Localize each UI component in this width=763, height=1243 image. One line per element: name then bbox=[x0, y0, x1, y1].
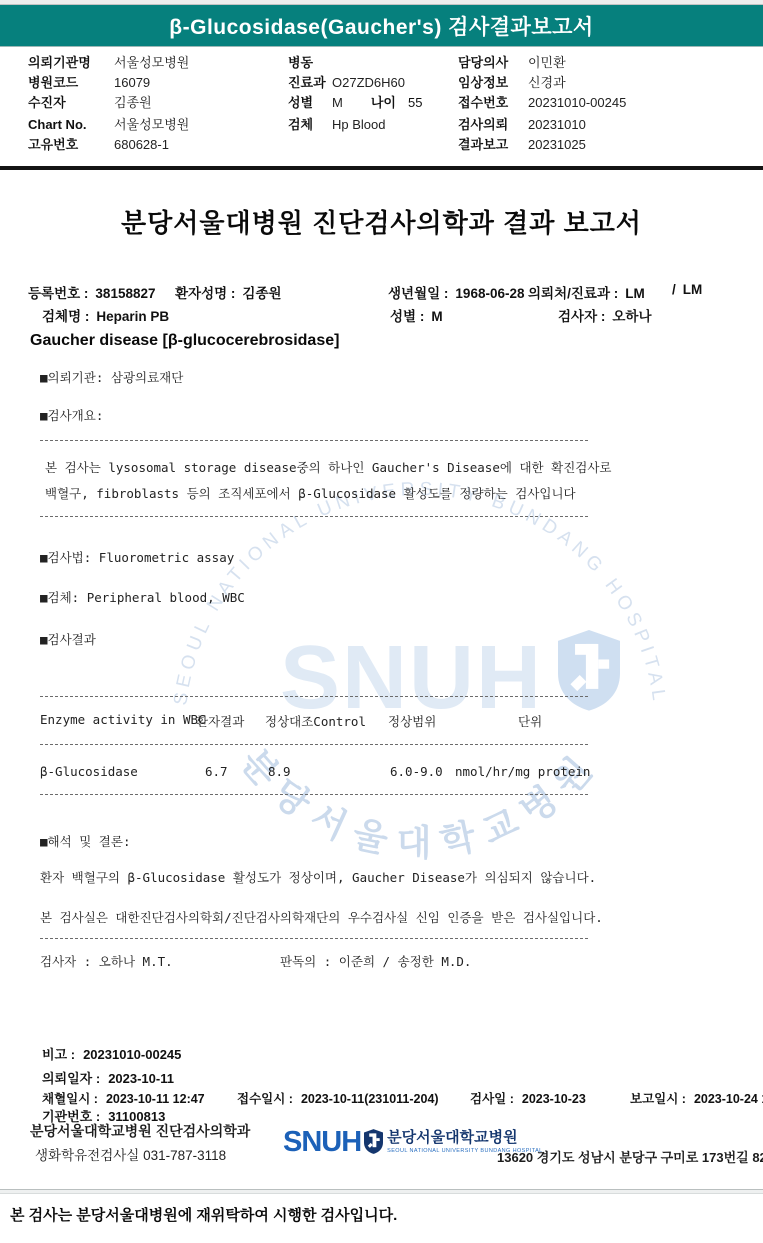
bottom-divider bbox=[0, 1189, 763, 1194]
header-column-left: 의뢰기관명서울성모병원 병원코드16079 수진자김종원 Chart No.서울… bbox=[28, 53, 189, 155]
divider-dashed bbox=[40, 938, 588, 939]
field-value: 20231010 bbox=[528, 117, 586, 132]
field-label: 의뢰일자 : bbox=[42, 1071, 100, 1086]
interpretation-heading: ■해석 및 결론: bbox=[40, 832, 130, 850]
watermark-shield-icon bbox=[558, 630, 620, 711]
field-label: 수진자 bbox=[28, 93, 114, 113]
field-label: 결과보고 bbox=[458, 135, 528, 155]
field-value: Heparin PB bbox=[96, 309, 169, 324]
field-value: M bbox=[332, 95, 343, 110]
header-field: 의뢰기관명서울성모병원 bbox=[28, 53, 189, 73]
age-value: 55 bbox=[408, 95, 422, 110]
snuh-logo-text: SNUH bbox=[283, 1127, 361, 1157]
field-label: 검사일 : bbox=[470, 1092, 514, 1106]
patient-specimen: 검체명 :Heparin PB bbox=[42, 305, 169, 325]
age-label: 나이 bbox=[371, 95, 396, 110]
header-field: 임상정보신경과 bbox=[458, 73, 626, 93]
header-column-right: 담당의사이민환 임상정보신경과 접수번호20231010-00245 검사의뢰2… bbox=[458, 53, 626, 155]
field-label: 비고 : bbox=[42, 1047, 75, 1062]
field-value: 오하나 bbox=[612, 309, 651, 324]
field-label: 의뢰처/진료과 : bbox=[528, 286, 618, 301]
field-value: 1968-06-28 bbox=[455, 286, 524, 301]
table-header-patient-result: 환자결과 bbox=[196, 712, 244, 730]
method-line: ■검사법: Fluorometric assay bbox=[40, 548, 234, 566]
patient-reg-no: 등록번호 :38158827 bbox=[28, 282, 156, 302]
table-cell-test: β-Glucosidase bbox=[40, 764, 138, 779]
field-value: 20231010-00245 bbox=[528, 95, 626, 110]
report-title: 분당서울대병원 진단검사의학과 결과 보고서 bbox=[0, 203, 763, 240]
test-name: Gaucher disease [β-glucocerebrosidase] bbox=[30, 332, 339, 350]
header-field: 결과보고20231025 bbox=[458, 135, 626, 155]
field-label: 보고일시 : bbox=[630, 1092, 686, 1106]
table-cell-range: 6.0-9.0 bbox=[390, 764, 443, 779]
meta-remark: 비고 :20231010-00245 bbox=[42, 1044, 181, 1063]
overview-heading: ■검사개요: bbox=[40, 406, 103, 424]
header-field: 병동 bbox=[288, 53, 422, 73]
field-label: 진료과 bbox=[288, 73, 332, 93]
meta-receipt-time: 접수일시 :2023-10-11(231011-204) bbox=[237, 1089, 439, 1107]
watermark-arc-top-text: SEOUL NATIONAL UNIVERSITY BUNDANG HOSPIT… bbox=[170, 479, 669, 707]
patient-department-2: /LM bbox=[672, 282, 702, 297]
field-value: 20231025 bbox=[528, 137, 586, 152]
field-value: M bbox=[431, 309, 442, 324]
header-field: 담당의사이민환 bbox=[458, 53, 626, 73]
patient-examiner: 검사자 :오하나 bbox=[558, 305, 652, 325]
field-value: O27ZD6H60 bbox=[332, 75, 405, 90]
field-label: 성별 bbox=[288, 93, 332, 113]
header-column-middle: 병동 진료과O27ZD6H60 성별M나이55 검체Hp Blood bbox=[288, 53, 422, 135]
lab-report-page: SEOUL NATIONAL UNIVERSITY BUNDANG HOSPIT… bbox=[0, 0, 763, 1243]
meta-test-date: 검사일 :2023-10-23 bbox=[470, 1089, 586, 1107]
header-field: Chart No.서울성모병원 bbox=[28, 115, 189, 135]
field-label: 성별 : bbox=[390, 309, 424, 324]
field-value: 서울성모병원 bbox=[114, 117, 189, 132]
field-value: LM bbox=[683, 282, 703, 297]
field-value: 김종원 bbox=[114, 95, 152, 110]
section-divider bbox=[0, 166, 763, 170]
patient-department: 의뢰처/진료과 :LM bbox=[528, 282, 645, 302]
field-label: 의뢰기관명 bbox=[28, 53, 114, 73]
interpretation-line: 환자 백혈구의 β-Glucosidase 활성도가 정상이며, Gaucher… bbox=[40, 868, 596, 886]
field-value: 2023-10-11(231011-204) bbox=[301, 1092, 439, 1106]
title-bar: β-Glucosidase(Gaucher's) 검사결과보고서 bbox=[0, 5, 763, 47]
referral-line: ■의뢰기관: 삼광의료재단 bbox=[40, 368, 183, 386]
result-heading: ■검사결과 bbox=[40, 630, 96, 648]
field-label: 검체명 : bbox=[42, 309, 89, 324]
field-value: 680628-1 bbox=[114, 137, 169, 152]
field-label: 검사자 : bbox=[558, 309, 605, 324]
field-value: 2023-10-24 10:07 bbox=[694, 1092, 763, 1106]
field-value: 2023-10-23 bbox=[522, 1092, 586, 1106]
header-field: 진료과O27ZD6H60 bbox=[288, 73, 422, 93]
field-label: 임상정보 bbox=[458, 73, 528, 93]
field-value: 김종원 bbox=[242, 286, 281, 301]
field-value: 2023-10-11 bbox=[108, 1071, 174, 1086]
field-value: LM bbox=[625, 286, 645, 301]
table-cell-control: 8.9 bbox=[268, 764, 291, 779]
header-field: 수진자김종원 bbox=[28, 93, 189, 113]
table-header-unit: 단위 bbox=[518, 712, 542, 730]
field-label: 접수번호 bbox=[458, 93, 528, 113]
accreditation-line: 본 검사실은 대한진단검사의학회/진단검사의학재단의 우수검사실 신임 인증을 … bbox=[40, 908, 603, 926]
reader-line: 판독의 : 이준희 / 송정한 M.D. bbox=[280, 952, 471, 970]
field-label: 등록번호 : bbox=[28, 286, 88, 301]
field-label: 병동 bbox=[288, 53, 332, 73]
field-label: 환자성명 : bbox=[175, 286, 235, 301]
field-value: 38158827 bbox=[95, 286, 155, 301]
tester-line: 검사자 : 오하나 M.T. bbox=[40, 952, 173, 970]
field-value: 이민환 bbox=[528, 55, 566, 70]
table-header-control: 정상대조Control bbox=[265, 712, 366, 730]
field-label: Chart No. bbox=[28, 115, 114, 135]
specimen-line: ■검체: Peripheral blood, WBC bbox=[40, 588, 245, 606]
table-cell-result: 6.7 bbox=[205, 764, 228, 779]
table-header-range: 정상범위 bbox=[388, 712, 436, 730]
field-value: 서울성모병원 bbox=[114, 55, 189, 70]
divider-dashed bbox=[40, 696, 588, 697]
patient-name: 환자성명 :김종원 bbox=[175, 282, 282, 302]
table-header-enzyme: Enzyme activity in WBC bbox=[40, 712, 206, 727]
field-label: 생년월일 : bbox=[388, 286, 448, 301]
field-value: 16079 bbox=[114, 75, 150, 90]
header-field: 접수번호20231010-00245 bbox=[458, 93, 626, 113]
header-field: 검사의뢰20231010 bbox=[458, 115, 626, 135]
separator: / bbox=[672, 282, 676, 297]
field-label: 검체 bbox=[288, 115, 332, 135]
meta-collect-time: 채혈일시 :2023-10-11 12:47 bbox=[42, 1089, 205, 1107]
footer-address: 13620 경기도 성남시 분당구 구미로 173번길 82 bbox=[497, 1147, 763, 1166]
patient-sex: 성별 :M bbox=[390, 305, 443, 325]
overview-line-1: 본 검사는 lysosomal storage disease중의 하나인 Ga… bbox=[45, 458, 612, 476]
field-label: 채혈일시 : bbox=[42, 1092, 98, 1106]
bottom-note: 본 검사는 분당서울대병원에 재위탁하여 시행한 검사입니다. bbox=[10, 1204, 397, 1225]
field-value: Hp Blood bbox=[332, 117, 385, 132]
divider-dashed bbox=[40, 744, 588, 745]
footer-lab-phone: 생화학유전검사실 031-787-3118 bbox=[35, 1144, 226, 1164]
field-value: 2023-10-11 12:47 bbox=[106, 1092, 205, 1106]
field-label: 고유번호 bbox=[28, 135, 114, 155]
meta-report-time: 보고일시 :2023-10-24 10:07 bbox=[630, 1089, 763, 1107]
footer-department: 분당서울대학교병원 진단검사의학과 bbox=[30, 1121, 250, 1141]
field-label: 병원코드 bbox=[28, 73, 114, 93]
table-cell-unit: nmol/hr/mg protein bbox=[455, 764, 590, 779]
page-title: β-Glucosidase(Gaucher's) 검사결과보고서 bbox=[169, 11, 593, 41]
header-field: 성별M나이55 bbox=[288, 93, 422, 113]
header-field: 고유번호680628-1 bbox=[28, 135, 189, 155]
field-label: 접수일시 : bbox=[237, 1092, 293, 1106]
watermark-arc-bottom-text: 분당서울대학교병원 bbox=[233, 741, 607, 863]
divider-dashed bbox=[40, 794, 588, 795]
snuh-watermark-seal: SEOUL NATIONAL UNIVERSITY BUNDANG HOSPIT… bbox=[140, 475, 700, 915]
snuh-shield-icon bbox=[364, 1129, 383, 1154]
divider-dashed bbox=[40, 440, 588, 441]
divider-dashed bbox=[40, 516, 588, 517]
field-value: 신경과 bbox=[528, 75, 566, 90]
header-field: 병원코드16079 bbox=[28, 73, 189, 93]
overview-line-2: 백혈구, fibroblasts 등의 조직세포에서 β-Glucosidase… bbox=[45, 484, 576, 502]
header-field: 검체Hp Blood bbox=[288, 115, 422, 135]
field-label: 담당의사 bbox=[458, 53, 528, 73]
field-value: 20231010-00245 bbox=[83, 1047, 181, 1062]
patient-birthdate: 생년월일 :1968-06-28 bbox=[388, 282, 524, 302]
meta-request-date: 의뢰일자 :2023-10-11 bbox=[42, 1068, 174, 1087]
logo-hospital-name: 분당서울대학교병원 bbox=[387, 1130, 542, 1146]
field-label: 검사의뢰 bbox=[458, 115, 528, 135]
